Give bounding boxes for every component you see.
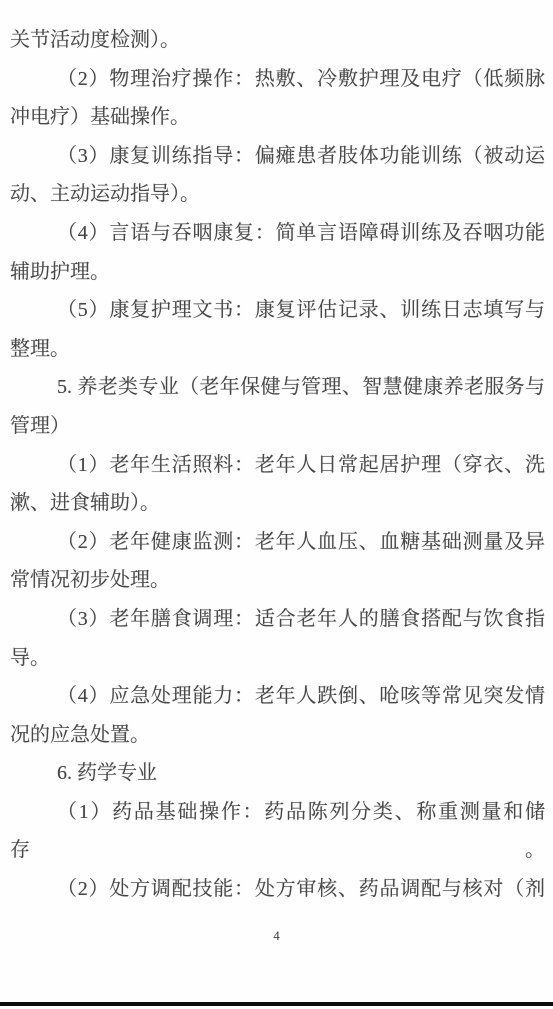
document-page: 关节活动度检测）。 （2）物理治疗操作：热敷、冷敷护理及电疗（低频脉 冲电疗）基… bbox=[0, 0, 553, 1009]
page-number: 4 bbox=[0, 928, 553, 944]
document-text-block: 关节活动度检测）。 （2）物理治疗操作：热敷、冷敷护理及电疗（低频脉 冲电疗）基… bbox=[10, 0, 545, 909]
text-line: 常情况初步处理。 bbox=[10, 561, 545, 600]
text-line: 关节活动度检测）。 bbox=[10, 21, 545, 60]
text-line: （1）药品基础操作：药品陈列分类、称重测量和储存。 bbox=[10, 793, 545, 870]
bottom-edge-bar bbox=[0, 1002, 553, 1006]
text-line: 冲电疗）基础操作。 bbox=[10, 98, 545, 137]
text-line: 辅助护理。 bbox=[10, 253, 545, 292]
text-line: 漱、进食辅助）。 bbox=[10, 484, 545, 523]
text-line: （3）康复训练指导：偏瘫患者肢体功能训练（被动运 bbox=[10, 137, 545, 176]
text-line: 况的应急处置。 bbox=[10, 716, 545, 755]
text-line: （4）言语与吞咽康复：简单言语障碍训练及吞咽功能 bbox=[10, 214, 545, 253]
text-line: 动、主动运动指导）。 bbox=[10, 175, 545, 214]
text-line: 管理） bbox=[10, 407, 545, 446]
text-line: （5）康复护理文书：康复评估记录、训练日志填写与 bbox=[10, 291, 545, 330]
text-line: （1）老年生活照料：老年人日常起居护理（穿衣、洗 bbox=[10, 446, 545, 485]
text-line: （3）老年膳食调理：适合老年人的膳食搭配与饮食指 bbox=[10, 600, 545, 639]
text-line: 导。 bbox=[10, 639, 545, 678]
text-line: 6. 药学专业 bbox=[10, 754, 545, 793]
text-line: （2）老年健康监测：老年人血压、血糖基础测量及异 bbox=[10, 523, 545, 562]
text-line: 整理。 bbox=[10, 330, 545, 369]
text-line: （2）物理治疗操作：热敷、冷敷护理及电疗（低频脉 bbox=[10, 60, 545, 99]
text-line: （2）处方调配技能：处方审核、药品调配与核对（剂 bbox=[10, 870, 545, 909]
text-line: （4）应急处理能力：老年人跌倒、呛咳等常见突发情 bbox=[10, 677, 545, 716]
text-line: 5. 养老类专业（老年保健与管理、智慧健康养老服务与 bbox=[10, 368, 545, 407]
